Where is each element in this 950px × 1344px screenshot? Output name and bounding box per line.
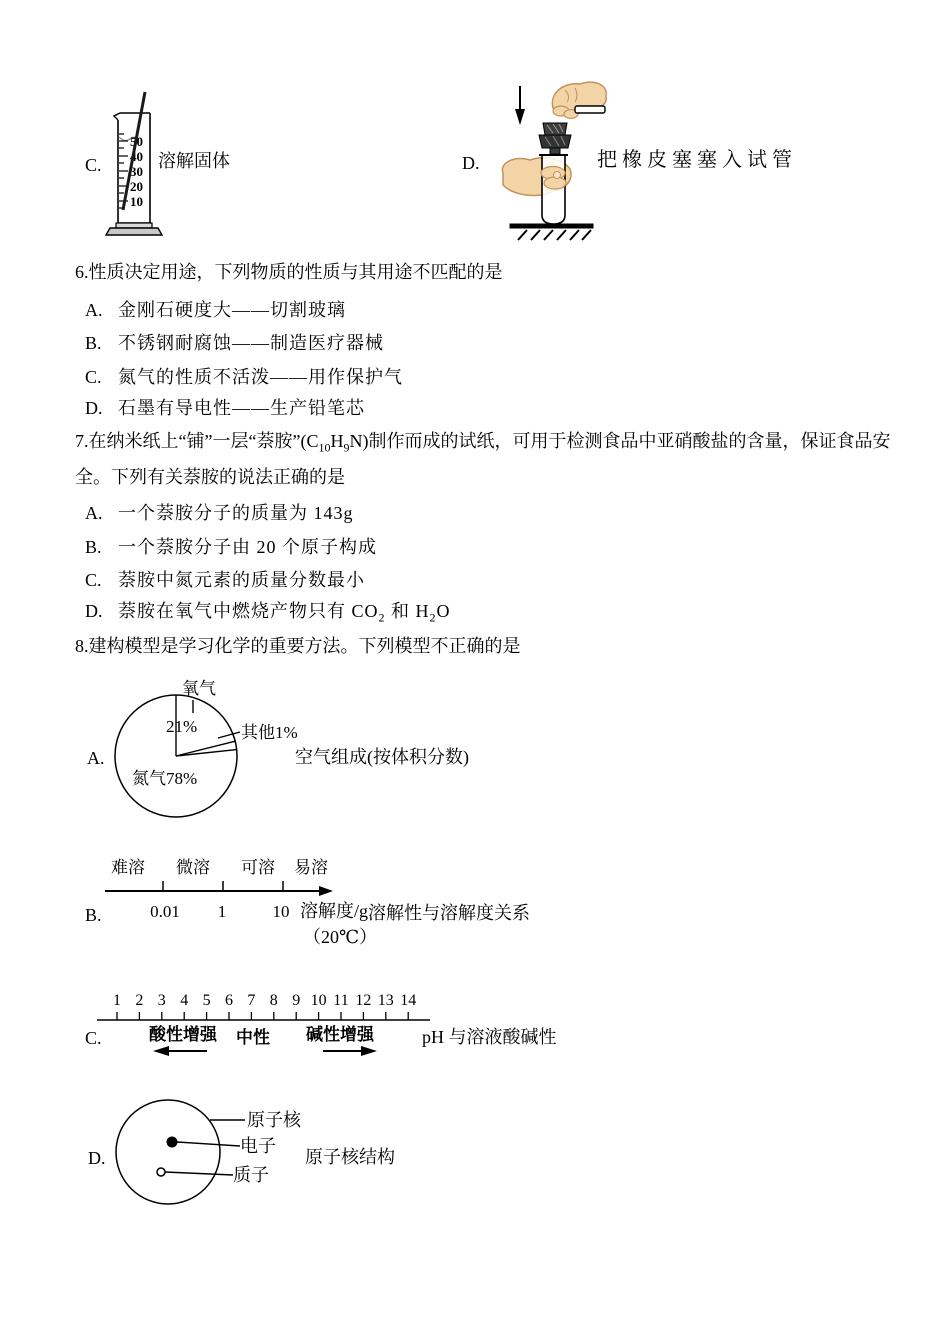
q6-option-d: D.石墨有导电性——生产铅笔芯 [85, 398, 365, 420]
q7-stem-line2: 全。下列有关萘胺的说法正确的是 [75, 467, 345, 489]
svg-text:11: 11 [333, 992, 348, 1009]
q7-option-c-text: 萘胺中氮元素的质量分数最小 [118, 570, 365, 590]
q8-option-b-caption-temp: （20℃） [303, 927, 377, 949]
svg-text:9: 9 [292, 992, 300, 1009]
q6-option-c-label: C. [85, 367, 118, 389]
q6-stem: 6.性质决定用途，下列物质的性质与其用途不匹配的是 [75, 262, 503, 284]
q5-option-d-caption: 把橡皮塞塞入试管 [597, 148, 797, 172]
rubber-stopper [539, 123, 571, 154]
svg-text:3: 3 [158, 992, 166, 1009]
solubility-axis-label: 溶解度/g [300, 901, 368, 923]
q5-option-c-caption: 溶解固体 [158, 151, 230, 173]
svg-text:20: 20 [130, 179, 143, 194]
svg-text:可溶: 可溶 [241, 858, 275, 877]
ph-tick-numbers: 1 2 3 4 5 6 7 8 9 10 11 12 13 14 [113, 992, 416, 1009]
gripping-fingers [541, 167, 566, 190]
cylinder-base [106, 223, 162, 235]
q7-option-b-text: 一个萘胺分子由 20 个原子构成 [118, 537, 377, 557]
down-arrow-icon [515, 86, 525, 125]
q8-option-b-caption: 溶解性与溶解度关系 [368, 903, 530, 925]
q5-option-d-label: D. [462, 153, 480, 175]
svg-text:13: 13 [378, 992, 394, 1009]
q7-option-d-label: D. [85, 601, 118, 623]
q8-option-b-label: B. [85, 905, 102, 927]
svg-text:10: 10 [273, 902, 290, 921]
solubility-zone-labels: 难溶 微溶 可溶 易溶 [111, 858, 328, 877]
svg-text:4: 4 [180, 992, 188, 1009]
q7-option-a-label: A. [85, 503, 118, 525]
base-label: 碱性增强 [306, 1024, 375, 1044]
q7-option-a: A.一个萘胺分子的质量为 143g [85, 503, 354, 525]
q7-option-b: B.一个萘胺分子由 20 个原子构成 [85, 537, 377, 559]
q6-option-b-text: 不锈钢耐腐蚀——制造医疗器械 [118, 333, 384, 353]
svg-text:1: 1 [113, 992, 121, 1009]
ground-hatching [510, 224, 593, 240]
q7-option-a-text: 一个萘胺分子的质量为 143g [118, 503, 354, 523]
base-direction-arrow [323, 1046, 377, 1056]
svg-text:6: 6 [225, 992, 233, 1009]
air-composition-pie-chart: 氧气 21% 其他1% 氮气78% [100, 672, 300, 822]
acid-label: 酸性增强 [149, 1024, 218, 1044]
svg-text:难溶: 难溶 [111, 858, 145, 877]
q7-option-d: D.萘胺在氧气中燃烧产物只有 CO2 和 H2O [85, 601, 451, 625]
q8-option-d-label: D. [88, 1148, 106, 1170]
oxygen-label: 氧气 [182, 679, 216, 698]
q6-option-d-label: D. [85, 398, 118, 420]
q8-option-c-caption: pH 与溶液酸碱性 [422, 1027, 557, 1049]
oxygen-value: 21% [166, 717, 197, 736]
q7-option-c-label: C. [85, 570, 118, 592]
q6-option-b-label: B. [85, 333, 118, 355]
q6-option-c: C.氮气的性质不活泼——用作保护气 [85, 367, 403, 389]
q8-option-a-caption: 空气组成(按体积分数) [295, 747, 469, 769]
q6-option-d-text: 石墨有导电性——生产铅笔芯 [118, 398, 365, 418]
q8-option-d-caption: 原子核结构 [305, 1147, 395, 1169]
q7-option-b-label: B. [85, 537, 118, 559]
electron-dot [167, 1137, 178, 1148]
atom-circle [116, 1100, 220, 1204]
svg-text:0.01: 0.01 [150, 902, 180, 921]
electron-label: 电子 [240, 1136, 276, 1158]
proton-label: 质子 [233, 1165, 269, 1187]
svg-text:10: 10 [311, 992, 327, 1009]
q7-stem-line1: 7.在纳米纸上“铺”一层“萘胺”(C10H9N)制作而成的试纸，可用于检测食品中… [75, 431, 890, 455]
svg-text:14: 14 [400, 992, 416, 1009]
ph-scale-diagram: 1 2 3 4 5 6 7 8 9 10 11 12 13 14 酸性增强 [95, 988, 440, 1066]
q6-option-b: B.不锈钢耐腐蚀——制造医疗器械 [85, 333, 384, 355]
solubility-tick-values: 0.01 1 10 [150, 902, 289, 921]
nitrogen-label: 氮气78% [132, 769, 197, 788]
nucleus-label: 原子核 [247, 1110, 301, 1132]
q6-option-c-text: 氮气的性质不活泼——用作保护气 [118, 367, 403, 387]
other-leader-line [218, 732, 240, 738]
other-label: 其他1% [241, 722, 298, 742]
q7-option-d-text: 萘胺在氧气中燃烧产物只有 CO2 和 H2O [118, 601, 451, 621]
svg-text:微溶: 微溶 [176, 858, 210, 877]
q6-option-a-label: A. [85, 300, 118, 322]
svg-text:1: 1 [218, 902, 227, 921]
svg-text:8: 8 [270, 992, 278, 1009]
axis-arrowhead [319, 886, 333, 896]
q8-option-c-label: C. [85, 1028, 102, 1050]
svg-text:7: 7 [247, 992, 255, 1009]
proton-circle [157, 1168, 165, 1176]
svg-text:10: 10 [130, 194, 143, 209]
ph-ticks [117, 1012, 408, 1020]
q6-option-a: A.金刚石硬度大——切割玻璃 [85, 300, 346, 322]
neutral-label: 中性 [236, 1027, 270, 1047]
glass-rod [575, 106, 605, 113]
svg-text:5: 5 [203, 992, 211, 1009]
stopper-test-tube-figure [495, 78, 610, 243]
acid-direction-arrow [153, 1046, 207, 1056]
q8-stem: 8.建构模型是学习化学的重要方法。下列模型不正确的是 [75, 636, 521, 658]
q6-option-a-text: 金刚石硬度大——切割玻璃 [118, 300, 346, 320]
svg-text:2: 2 [135, 992, 143, 1009]
exam-page: C. 50 40 30 20 [0, 0, 950, 1344]
svg-text:易溶: 易溶 [294, 858, 328, 877]
svg-text:12: 12 [355, 992, 371, 1009]
q7-option-c: C.萘胺中氮元素的质量分数最小 [85, 570, 365, 592]
solubility-ticks [163, 881, 283, 891]
